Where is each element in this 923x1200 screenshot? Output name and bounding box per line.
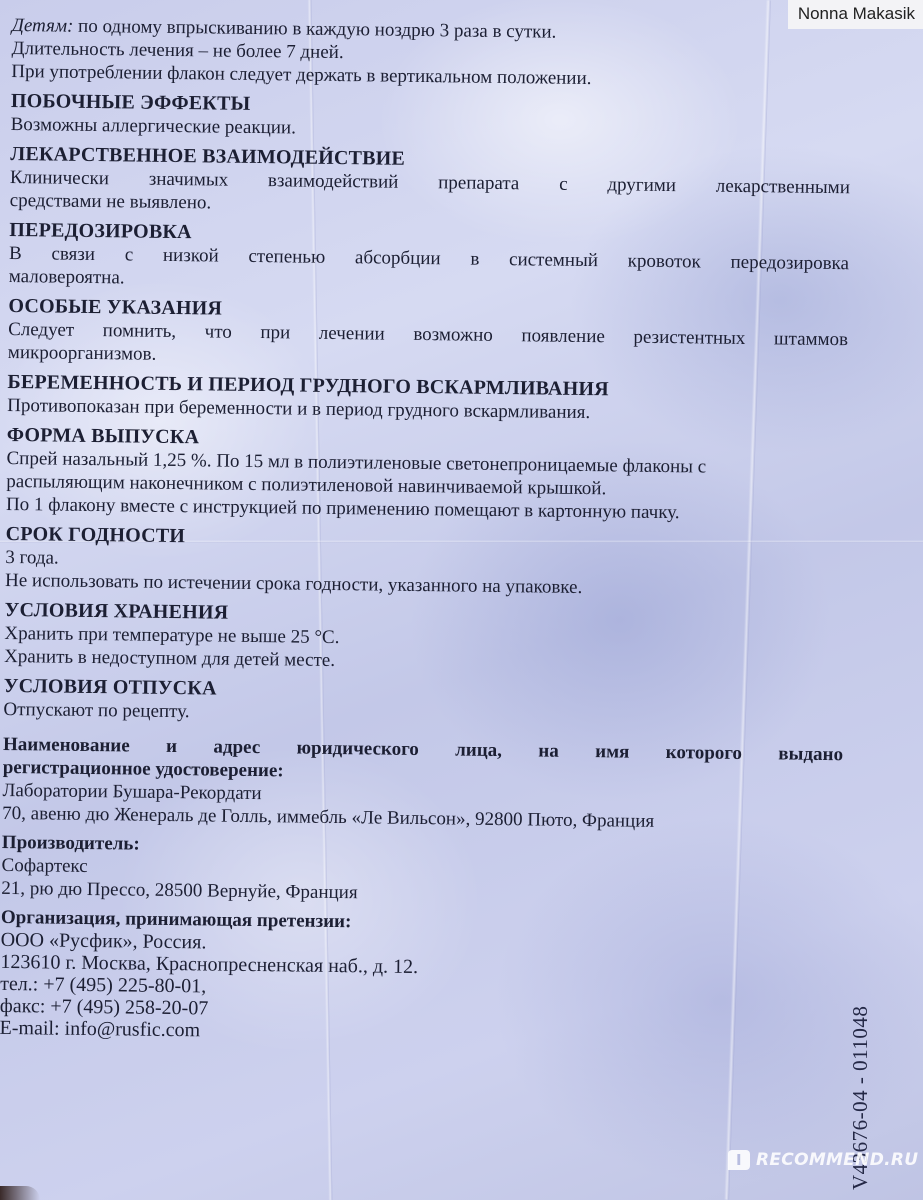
dosage-intro: Детям: по одному впрыскиванию в каждую н… — [11, 14, 892, 94]
section-drug-interactions: ЛЕКАРСТВЕННОЕ ВЗАИМОДЕЙСТВИЕ Клинически … — [10, 142, 891, 223]
section-side-effects: ПОБОЧНЫЕ ЭФФЕКТЫ Возможны аллергические … — [11, 89, 892, 147]
section-special-instructions: ОСОБЫЕ УКАЗАНИЯ Следует помнить, что при… — [8, 294, 889, 375]
section-storage: УСЛОВИЯ ХРАНЕНИЯ Хранить при температуре… — [4, 598, 885, 679]
section-shelf-life: СРОК ГОДНОСТИ 3 года. Не использовать по… — [5, 522, 886, 603]
section-overdose: ПЕРЕДОЗИРОВКА В связи с низкой степенью … — [9, 218, 890, 299]
section-pregnancy: БЕРЕМЕННОСТЬ И ПЕРИОД ГРУДНОГО ВСКАРМЛИВ… — [7, 370, 888, 428]
manufacturer: Производитель: Софартекс 21, рю дю Пресс… — [1, 831, 882, 911]
section-release-form: ФОРМА ВЫПУСКА Спрей назальный 1,25 %. По… — [6, 423, 887, 527]
section-dispensing: УСЛОВИЯ ОТПУСКА Отпускают по рецепту. — [3, 674, 884, 732]
photo-background-corner — [0, 1186, 40, 1200]
site-watermark: I RECOMMEND.RU — [728, 1150, 918, 1170]
irecommend-logo-icon: I — [728, 1150, 750, 1170]
leaflet-document: Детям: по одному впрыскиванию в каждую н… — [0, 14, 892, 1056]
registration-holder: Наименование и адрес юридического лица, … — [2, 733, 883, 836]
site-watermark-text: RECOMMEND.RU — [756, 1150, 918, 1170]
children-label: Детям: — [12, 15, 74, 37]
claims-organization: Организация, принимающая претензии: ООО … — [0, 906, 881, 1050]
